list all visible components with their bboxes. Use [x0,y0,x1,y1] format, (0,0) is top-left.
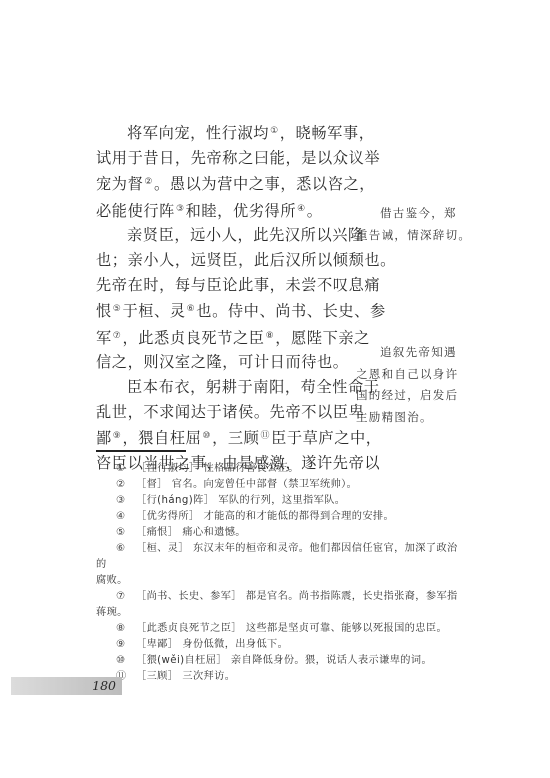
footnote-number: ① [96,461,136,477]
paragraph: 亲贤臣，远小人，此先汉所以兴隆也；亲小人，远贤臣，此后汉所以倾颓也。先帝在时，每… [96,223,344,375]
footnote-text: 官名。向宠曾任中部督（禁卫军统帅）。 [172,479,357,490]
side-note-2: 追叙先帝知遇 之恩和自己以身许 国的经过，启发后 主励精图治。 [356,342,458,428]
footnote-divider [96,450,186,452]
footnote-number: ⑨ [96,637,136,653]
side-note-line: 之恩和自己以身许 [356,364,458,386]
footnote-marker[interactable]: ③ [176,204,185,214]
side-note-line: 追叙先帝知遇 [356,342,458,364]
footnote-item: ⑥［桓、灵］东汉末年的桓帝和灵帝。他们都因信任宦官，加深了政治的腐败。 [96,541,458,589]
footnote-term: ［行(háng)阵］ [136,495,214,506]
footnote-item: ②［督］官名。向宠曾任中部督（禁卫军统帅）。 [96,477,458,493]
footnote-item: ⑦［尚书、长史、参军］都是官名。尚书指陈震，长史指张裔，参军指蒋琬。 [96,589,458,621]
footnote-text: 亲自降低身份。猥，说话人表示谦卑的词。 [231,655,432,666]
page-number: 180 [92,677,116,695]
footnote-marker[interactable]: ⑩ [202,431,211,441]
footnote-item: ⑩［猥(wěi)自枉屈］亲自降低身份。猥，说话人表示谦卑的词。 [96,653,458,669]
footnote-number: ⑧ [96,621,136,637]
footnote-item: ①［性行淑均］性格品行善良公正。 [96,461,458,477]
text-line: 试用于昔日，先帝称之曰能，是以众议举 [96,146,344,171]
footnote-term: ［猥(wěi)自枉屈］ [136,655,227,666]
footnote-continuation: 蒋琬。 [96,605,458,621]
footnote-term: ［性行淑均］ [136,463,200,474]
footnote-item: ③［行(háng)阵］军队的行列，这里指军队。 [96,493,458,509]
footnote-text: 三次拜访。 [182,671,235,682]
footnote-marker[interactable]: ⑪ [260,431,270,441]
footnote-marker[interactable]: ⑤ [113,304,122,314]
footnote-continuation: 腐败。 [96,573,458,589]
footnote-number: ⑩ [96,653,136,669]
footnote-text: 军队的行列，这里指军队。 [218,495,345,506]
text-line: 将军向宠，性行淑均①，晓畅军事， [96,119,344,146]
footnote-item: ⑤［痛恨］痛心和遗憾。 [96,525,458,541]
footnote-text: 痛心和遗憾。 [182,527,246,538]
footnote-number: ③ [96,493,136,509]
text-line: 信之，则汉室之隆，可计日而待也。 [96,350,344,375]
footnote-number: ⑤ [96,525,136,541]
paragraph: 将军向宠，性行淑均①，晓畅军事，试用于昔日，先帝称之曰能，是以众议举宠为督②。愚… [96,119,344,223]
side-note-line: 主励精图治。 [356,407,458,429]
text-line: 军⑦，此悉贞良死节之臣⑧，愿陛下亲之 [96,324,344,351]
side-note-line: 重告诫，情深辞切。 [356,225,471,247]
side-note-line: 借古鉴今，郑 [356,203,471,225]
footnote-marker[interactable]: ② [144,177,153,187]
text-line: 必能使行阵③和睦，优劣得所④。 [96,197,344,224]
text-line: 亲贤臣，远小人，此先汉所以兴隆 [96,223,344,248]
footnote-marker[interactable]: ⑥ [187,304,196,314]
text-line: 乱世，不求闻达于诸侯。先帝不以臣卑 [96,400,344,425]
side-note-line: 国的经过，启发后 [356,385,458,407]
footnote-marker[interactable]: ④ [297,204,306,214]
text-line: 也；亲小人，远贤臣，此后汉所以倾颓也。 [96,248,344,273]
footnotes: ①［性行淑均］性格品行善良公正。②［督］官名。向宠曾任中部督（禁卫军统帅）。③［… [96,461,458,685]
footnote-text: 身份低微，出身低下。 [182,639,288,650]
footnote-term: ［此悉贞良死节之臣］ [136,623,242,634]
footnote-item: ⑨［卑鄙］身份低微，出身低下。 [96,637,458,653]
footnote-term: ［优劣得所］ [136,511,200,522]
footnote-marker[interactable]: ⑨ [113,431,122,441]
footnote-text: 这些都是坚贞可靠、能够以死报国的忠臣。 [246,623,447,634]
side-note-1: 借古鉴今，郑 重告诫，情深辞切。 [356,203,471,246]
main-text: 将军向宠，性行淑均①，晓畅军事，试用于昔日，先帝称之曰能，是以众议举宠为督②。愚… [96,119,344,475]
footnote-term: ［痛恨］ [136,527,178,538]
page-number-bar: 180 [11,677,122,695]
footnote-text: 都是官名。尚书指陈震，长史指张裔，参军指 [246,591,458,602]
footnote-term: ［卑鄙］ [136,639,178,650]
footnote-item: ⑧［此悉贞良死节之臣］这些都是坚贞可靠、能够以死报国的忠臣。 [96,621,458,637]
text-line: 宠为督②。愚以为营中之事，悉以咨之， [96,170,344,197]
footnote-marker[interactable]: ⑧ [266,331,275,341]
footnote-number: ⑥ [96,541,136,557]
footnote-text: 才能高的和才能低的都得到合理的安排。 [204,511,395,522]
footnote-item: ④［优劣得所］才能高的和才能低的都得到合理的安排。 [96,509,458,525]
text-line: 先帝在时，每与臣论此事，未尝不叹息痛 [96,273,344,298]
footnote-number: ② [96,477,136,493]
text-line: 臣本布衣，躬耕于南阳，苟全性命于 [96,375,344,400]
footnote-term: ［尚书、长史、参军］ [136,591,242,602]
footnote-item: ⑪［三顾］三次拜访。 [96,669,458,685]
text-line: 恨⑤于桓、灵⑥也。侍中、尚书、长史、参 [96,297,344,324]
footnote-marker[interactable]: ⑦ [113,331,122,341]
footnote-number: ⑦ [96,589,136,605]
footnote-text: 性格品行善良公正。 [204,463,299,474]
footnote-term: ［督］ [136,479,168,490]
footnote-marker[interactable]: ① [270,126,279,136]
text-line: 鄙⑨，猥自枉屈⑩，三顾⑪臣于草庐之中， [96,424,344,451]
footnote-term: ［桓、灵］ [136,543,189,554]
footnote-number: ④ [96,509,136,525]
footnote-term: ［三顾］ [136,671,178,682]
